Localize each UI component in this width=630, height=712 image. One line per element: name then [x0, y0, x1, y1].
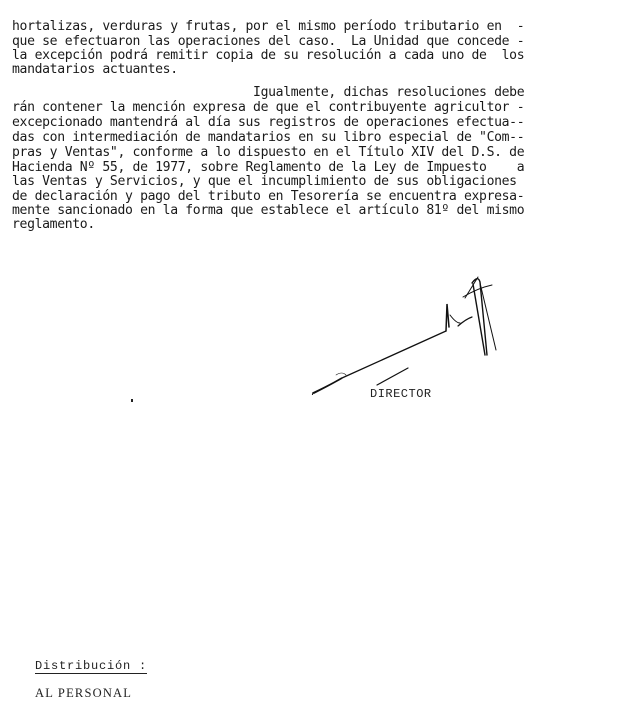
body-line: hortalizas, verduras y frutas, por el mi… — [12, 20, 624, 34]
body-line: Igualmente, dichas resoluciones debe — [12, 86, 624, 100]
document-page: hortalizas, verduras y frutas, por el mi… — [0, 0, 630, 712]
body-line: reglamento. — [12, 218, 624, 232]
body-line: das con intermediación de mandatarios en… — [12, 131, 624, 145]
body-line: la excepción podrá remitir copia de su r… — [12, 49, 624, 63]
signatory-title: DIRECTOR — [370, 387, 432, 401]
body-line: las Ventas y Servicios, y que el incumpl… — [12, 175, 624, 189]
body-line: de declaración y pago del tributo en Tes… — [12, 190, 624, 204]
handwritten-signature — [300, 265, 500, 395]
body-line: excepcionado mantendrá al día sus regist… — [12, 116, 624, 130]
distribution-recipient: AL PERSONAL — [35, 686, 132, 701]
body-line: Hacienda Nº 55, de 1977, sobre Reglament… — [12, 161, 624, 175]
body-line: mente sancionado en la forma que estable… — [12, 204, 624, 218]
body-line: pras y Ventas", conforme a lo dispuesto … — [12, 146, 624, 160]
body-line: mandatarios actuantes. — [12, 63, 624, 77]
body-line: que se efectuaron las operaciones del ca… — [12, 35, 624, 49]
body-line: rán contener la mención expresa de que e… — [12, 101, 624, 115]
distribution-heading: Distribución : — [35, 659, 147, 674]
scan-speck — [131, 399, 133, 402]
